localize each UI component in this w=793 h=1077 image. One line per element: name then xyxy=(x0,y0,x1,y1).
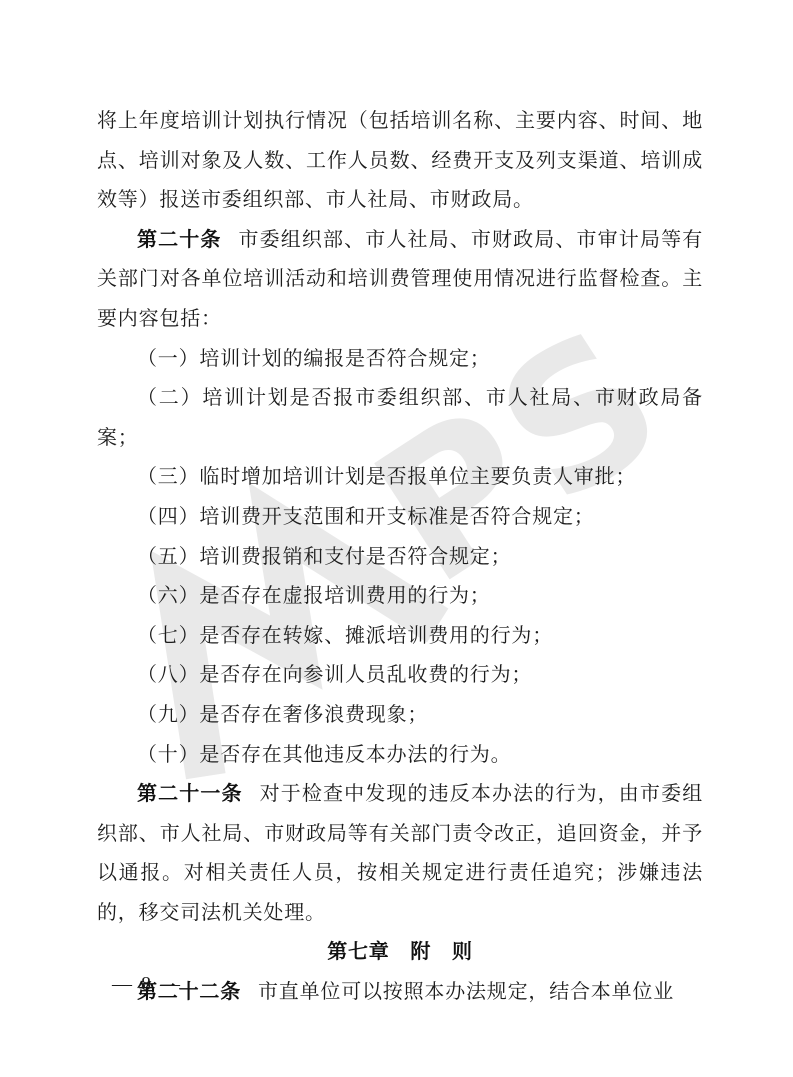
list-item-2: （二）培训计划是否报市委组织部、市人社局、市财政局备案； xyxy=(97,379,703,458)
paragraph-article-21: 第二十一条对于检查中发现的违反本办法的行为，由市委组织部、市人社局、市财政局等有… xyxy=(97,775,703,933)
list-item-5: （五）培训费报销和支付是否符合规定； xyxy=(97,538,703,578)
list-item-7: （七）是否存在转嫁、摊派培训费用的行为； xyxy=(97,617,703,657)
paragraph-article-20: 第二十条市委组织部、市人社局、市财政局、市审计局等有关部门对各单位培训活动和培训… xyxy=(97,221,703,340)
document-body: 将上年度培训计划执行情况（包括培训名称、主要内容、时间、地点、培训对象及人数、工… xyxy=(97,102,703,1013)
article-number-20: 第二十条 xyxy=(137,229,239,251)
chapter-heading: 第七章 附 则 xyxy=(97,933,703,973)
article-number-21: 第二十一条 xyxy=(137,783,260,805)
paragraph-article-22: 第二十二条市直单位可以按照本办法规定，结合本单位业 xyxy=(97,973,703,1013)
paragraph-continuation: 将上年度培训计划执行情况（包括培训名称、主要内容、时间、地点、培训对象及人数、工… xyxy=(97,102,703,221)
article-22-text: 市直单位可以按照本办法规定，结合本单位业 xyxy=(258,981,674,1003)
list-item-8: （八）是否存在向参训人员乱收费的行为； xyxy=(97,656,703,696)
page-number: — 8 — xyxy=(112,973,182,996)
list-item-3: （三）临时增加培训计划是否报单位主要负责人审批； xyxy=(97,458,703,498)
list-item-9: （九）是否存在奢侈浪费现象； xyxy=(97,696,703,736)
list-item-6: （六）是否存在虚报培训费用的行为； xyxy=(97,577,703,617)
list-item-1: （一）培训计划的编报是否符合规定； xyxy=(97,340,703,380)
list-item-4: （四）培训费开支范围和开支标准是否符合规定； xyxy=(97,498,703,538)
list-item-10: （十）是否存在其他违反本办法的行为。 xyxy=(97,736,703,776)
document-page: PS 将上年度培训计划执行情况（包括培训名称、主要内容、时间、地点、培训对象及人… xyxy=(0,0,793,1077)
